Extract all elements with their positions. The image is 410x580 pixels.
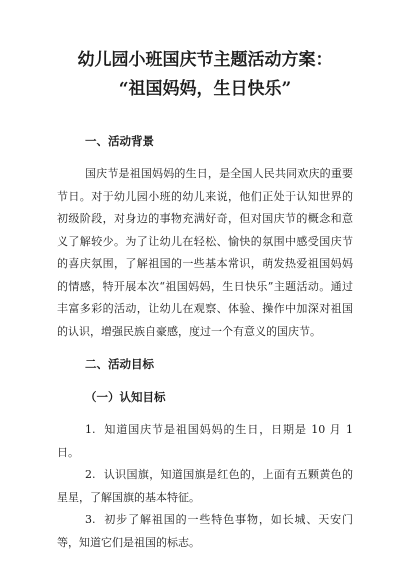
goal-item-number: 1. — [85, 423, 96, 436]
goal-list-item: 3.初步了解祖国的一些特色事物，如长城、天安门等，知道它们是祖国的标志。 — [57, 509, 353, 554]
goal-item-number: 3. — [85, 513, 96, 526]
document-title: 幼儿园小班国庆节主题活动方案： “祖国妈妈，生日快乐” — [57, 46, 353, 104]
goal-item-text: 认识国旗，知道国旗是红色的，上面有五颗黄色的星星，了解国旗的基本特征。 — [57, 468, 353, 504]
document-title-line-1: 幼儿园小班国庆节主题活动方案： — [57, 46, 353, 75]
goal-list-item: 1.知道国庆节是祖国妈妈的生日，日期是 10 月 1 日。 — [57, 419, 353, 464]
goal-list-item: 2.认识国旗，知道国旗是红色的，上面有五颗黄色的星星，了解国旗的基本特征。 — [57, 464, 353, 509]
subsection-heading-cognitive-goals: （一）认知目标 — [57, 386, 353, 409]
document-page: 幼儿园小班国庆节主题活动方案： “祖国妈妈，生日快乐” 一、活动背景 国庆节是祖… — [0, 0, 410, 580]
goal-item-text: 初步了解祖国的一些特色事物，如长城、天安门等，知道它们是祖国的标志。 — [57, 513, 353, 549]
goal-item-number: 2. — [85, 468, 96, 481]
section-heading-activity-background: 一、活动背景 — [57, 130, 353, 153]
goal-item-text: 知道国庆节是祖国妈妈的生日，日期是 10 月 1 日。 — [57, 423, 353, 459]
activity-background-paragraph: 国庆节是祖国妈妈的生日，是全国人民共同欢庆的重要节日。对于幼儿园小班的幼儿来说，… — [57, 163, 353, 343]
document-title-line-2: “祖国妈妈，生日快乐” — [57, 75, 353, 104]
section-heading-activity-goals: 二、活动目标 — [57, 353, 353, 376]
